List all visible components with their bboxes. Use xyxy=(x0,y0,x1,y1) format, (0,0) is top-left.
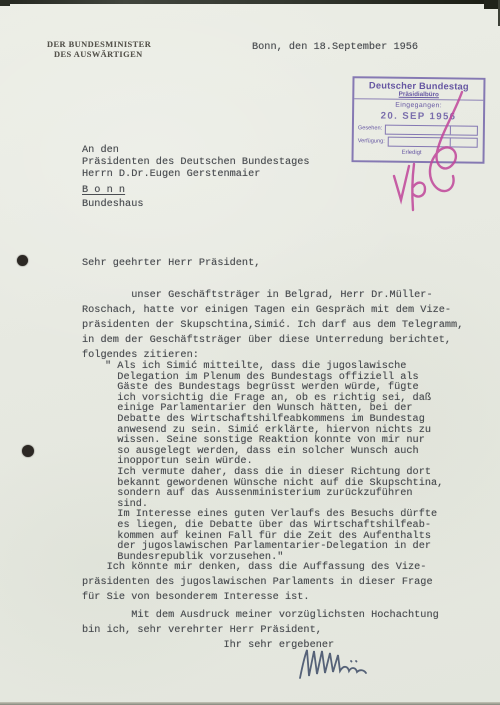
recipient-line-3: Herrn D.Dr.Eugen Gerstenmaier xyxy=(82,168,260,180)
stamp-disposition-cell-2 xyxy=(451,138,477,146)
stamp-seen-row: Gesehen: xyxy=(358,124,478,135)
recipient-line-1: An den xyxy=(82,144,119,156)
dateline: Bonn, den 18.September 1956 xyxy=(252,41,418,53)
stamp-seen-cell-1 xyxy=(386,125,450,134)
stamp-received-label: Eingegangen: xyxy=(354,101,483,111)
receipt-stamp: Deutscher Bundestag Präsidialbüro Eingeg… xyxy=(351,76,485,164)
stamp-seen-cell-2 xyxy=(450,126,476,134)
letterhead-line1: DER BUNDESMINISTER xyxy=(47,40,151,50)
salutation: Sehr geehrter Herr Präsident, xyxy=(82,257,260,269)
stamp-header: Deutscher Bundestag Präsidialbüro xyxy=(354,78,483,101)
stamp-seen-box xyxy=(385,124,478,135)
letterhead: DER BUNDESMINISTER DES AUSWÄRTIGEN xyxy=(47,40,151,60)
closing-block: Mit dem Ausdruck meiner vorzüglichsten H… xyxy=(82,608,439,653)
body-paragraph-1: unser Geschäftsträger in Belgrad, Herr D… xyxy=(82,288,463,363)
letter-page: DER BUNDESMINISTER DES AUSWÄRTIGEN Bonn,… xyxy=(0,0,500,705)
scan-corner-top-left xyxy=(0,0,10,6)
recipient-building: Bundeshaus xyxy=(82,198,144,210)
stamp-done-label: Erledigt xyxy=(402,149,483,157)
punch-hole-top xyxy=(17,255,28,266)
stamp-seen-label: Gesehen: xyxy=(358,125,382,132)
telegram-quote: " Als ich Simić mitteilte, dass die jugo… xyxy=(105,361,443,562)
stamp-disposition-cell-1 xyxy=(389,138,451,147)
scan-edge-top xyxy=(0,0,500,4)
letterhead-line2: DES AUSWÄRTIGEN xyxy=(47,50,151,60)
stamp-disposition-label: Verfügung: xyxy=(358,138,385,145)
recipient-city: B o n n xyxy=(82,184,125,196)
punch-hole-bottom xyxy=(22,445,34,457)
stamp-disposition-box xyxy=(388,137,478,148)
stamp-disposition-row: Verfügung: xyxy=(358,136,478,147)
stamp-received-date: 20. SEP 1956 xyxy=(354,110,483,123)
body-paragraph-2: Ich könnte mir denken, dass die Auffassu… xyxy=(82,560,433,605)
recipient-line-2: Präsidenten des Deutschen Bundestages xyxy=(82,156,310,168)
